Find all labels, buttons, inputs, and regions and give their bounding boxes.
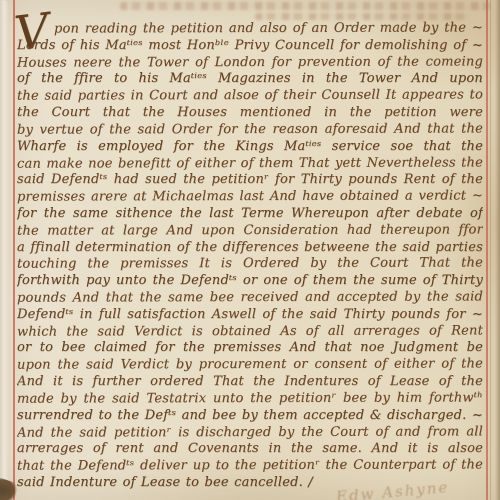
manuscript-line: Wharfe is employed for the Kings Maᵗⁱᵉˢ … [17, 139, 483, 156]
manuscript-line: forthwith pay unto the Defendᵗˢ or one o… [17, 273, 483, 290]
ink-bleed-through-top-2 [255, 13, 470, 20]
page-edge-left [0, 0, 9, 500]
ink-bleed-through-top-1 [120, 2, 490, 10]
manuscript-line: premisses arere at Michaelmas last And h… [17, 189, 483, 207]
manuscript-line: of the ffire to his Maᵗⁱᵉˢ Magazines in … [17, 71, 483, 88]
manuscript-line: said Defendᵗˢ had sued the petitionʳ for… [17, 172, 483, 189]
manuscript-line: a ffinall determination of the differenc… [17, 240, 483, 257]
manuscript-line: touching the premisses It is Ordered by … [17, 256, 483, 274]
margin-rule-left [13, 0, 15, 500]
margin-rule-right-faint [490, 0, 491, 500]
manuscript-line: Defendᵗˢ in full satisfaction Aswell of … [17, 307, 483, 324]
margin-rule-right [486, 0, 488, 500]
manuscript-line: for the same sithence the last Terme Whe… [17, 206, 483, 223]
manuscript-line: can make noe benefitt of either of them … [17, 155, 483, 173]
manuscript-line: arrerages of rent and Covenants in the s… [17, 441, 483, 458]
manuscript-line: Lords of his Maᵗⁱᵉˢ most Honᵇˡᵉ Privy Co… [17, 38, 483, 55]
manuscript-line: which the said Verdict is obtained As of… [17, 323, 483, 341]
manuscript-line: And the said petitionʳ is discharged by … [17, 424, 483, 442]
manuscript-line: the Court that the Houses mentioned in t… [17, 105, 483, 122]
manuscript-line: Houses neere the Tower of London for pre… [17, 54, 483, 72]
manuscript-line: surrendred to the Defᵗˢ and bee by them … [17, 408, 483, 425]
manuscript-line: the matter at large And upon Considerati… [17, 222, 483, 240]
manuscript-line: by vertue of the said Order for the reas… [17, 121, 483, 139]
manuscript-line: or to bee claimed for the premisses And … [17, 340, 483, 357]
manuscript-body: pon reading the petition and also of an … [17, 21, 483, 492]
manuscript-line: that the Defendᵗˢ deliver up to the peti… [17, 458, 483, 476]
manuscript-page: V pon reading the petition and also of a… [0, 0, 500, 500]
page-edge-right [495, 0, 500, 500]
manuscript-line: pon reading the petition and also of an … [17, 20, 483, 38]
manuscript-line: pounds And that the same bee received an… [17, 289, 483, 307]
manuscript-line: And it is further ordered That the Inden… [17, 374, 483, 391]
manuscript-line: upon the said Verdict by procurement or … [17, 357, 483, 375]
manuscript-line: the said parties in Court and alsoe of t… [17, 88, 483, 106]
manuscript-line: made by the said Testatrix unto the peti… [17, 390, 483, 408]
